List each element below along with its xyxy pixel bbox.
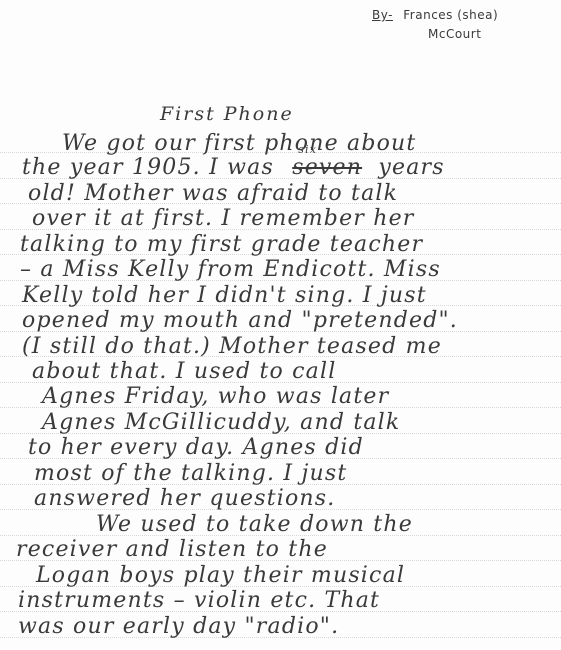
page-title: First Phone	[160, 103, 294, 125]
text-line-4: over it at first. I remember her	[32, 206, 415, 231]
text-line-8: opened my mouth and "pretended".	[22, 308, 458, 333]
text-line-3: old! Mother was afraid to talk	[28, 181, 398, 206]
byline-author: By- Frances (shea)	[372, 8, 498, 22]
text-line-2-start: the year 1905. I was	[22, 155, 274, 180]
text-line-19: instruments – violin etc. That	[18, 588, 380, 613]
text-line-16: We used to take down the	[96, 512, 413, 537]
text-line-7: Kelly told her I didn't sing. I just	[22, 283, 427, 308]
byline-last-name: McCourt	[428, 27, 481, 41]
text-line-10: about that. I used to call	[32, 359, 336, 384]
handwritten-letter-page: By- Frances (shea) McCourt First Phone W…	[0, 0, 561, 650]
correction-struck-word: seven	[292, 155, 362, 180]
text-line-20: was our early day "radio".	[18, 614, 339, 639]
text-line-18: Logan boys play their musical	[36, 563, 405, 588]
text-line-1: We got our first phone about	[62, 131, 416, 156]
text-line-2-end: years	[378, 155, 444, 180]
text-line-13: to her every day. Agnes did	[28, 435, 364, 460]
correction: six seven	[292, 155, 362, 180]
text-line-11: Agnes Friday, who was later	[42, 384, 389, 409]
correction-inserted-word: six	[298, 143, 317, 156]
text-line-9: (I still do that.) Mother teased me	[22, 334, 442, 359]
byline-prefix: By-	[372, 8, 393, 22]
text-line-15: answered her questions.	[34, 486, 335, 511]
text-line-6: – a Miss Kelly from Endicott. Miss	[20, 257, 441, 282]
text-line-12: Agnes McGillicuddy, and talk	[42, 410, 400, 435]
text-line-17: receiver and listen to the	[16, 537, 328, 562]
text-line-2: the year 1905. I was six seven years	[22, 155, 445, 180]
text-line-5: talking to my first grade teacher	[20, 232, 423, 257]
byline-first-name: Frances (shea)	[403, 8, 498, 22]
text-line-14: most of the talking. I just	[34, 461, 347, 486]
